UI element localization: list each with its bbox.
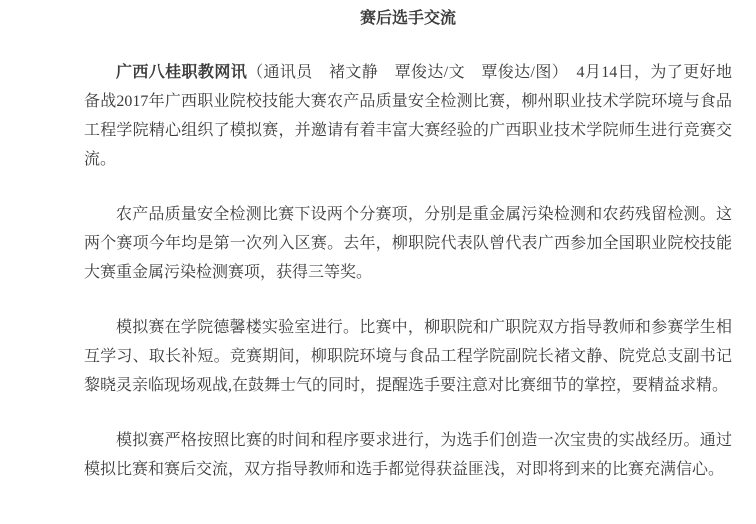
paragraph-text: 模拟赛在学院德馨楼实验室进行。比赛中，柳职院和广职院双方指导教师和参赛学生相互学…	[84, 319, 732, 394]
paragraph-lead-source: 广西八桂职教网讯	[116, 64, 247, 81]
paragraph-text: 模拟赛严格按照比赛的时间和程序要求进行，为选手们创造一次宝贵的实战经历。通过模拟…	[84, 432, 732, 478]
article-title: 赛后选手交流	[84, 6, 732, 32]
paragraph-conclusion: 模拟赛严格按照比赛的时间和程序要求进行，为选手们创造一次宝贵的实战经历。通过模拟…	[84, 426, 732, 484]
paragraph-intro: 广西八桂职教网讯（通讯员 褚文静 覃俊达/文 覃俊达/图） 4月14日，为了更好…	[84, 58, 732, 174]
paragraph-mock-contest: 模拟赛在学院德馨楼实验室进行。比赛中，柳职院和广职院双方指导教师和参赛学生相互学…	[84, 313, 732, 400]
article-page: 赛后选手交流 广西八桂职教网讯（通讯员 褚文静 覃俊达/文 覃俊达/图） 4月1…	[0, 0, 756, 484]
paragraph-competition-items: 农产品质量安全检测比赛下设两个分赛项，分别是重金属污染检测和农药残留检测。这两个…	[84, 200, 732, 287]
paragraph-text: 农产品质量安全检测比赛下设两个分赛项，分别是重金属污染检测和农药残留检测。这两个…	[84, 206, 732, 281]
